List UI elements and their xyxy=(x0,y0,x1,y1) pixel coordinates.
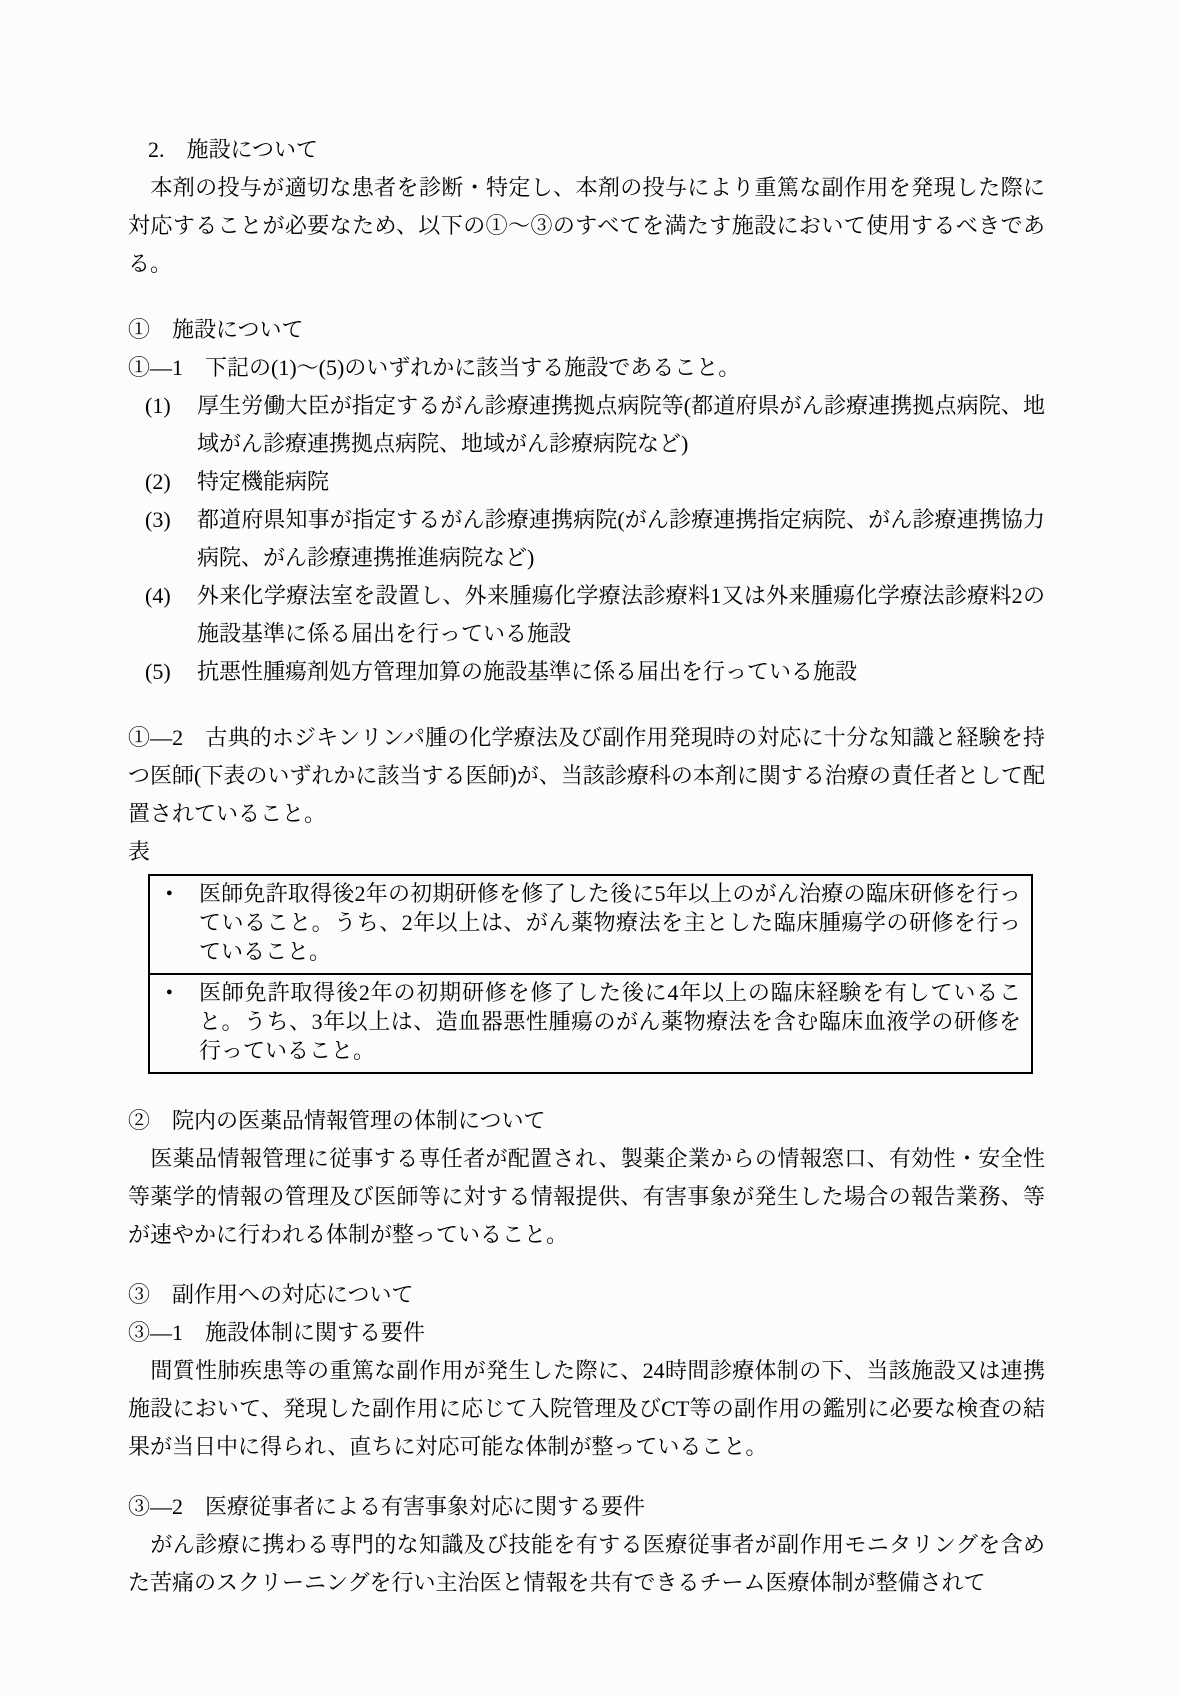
facility-marker: (2) xyxy=(128,463,197,501)
item3-2-heading: ③―2 医療従事者による有害事象対応に関する要件 xyxy=(128,1488,1045,1526)
facility-text: 外来化学療法室を設置し、外来腫瘍化学療法診療料1又は外来腫瘍化学療法診療料2の施… xyxy=(197,577,1045,653)
section2-heading: 2. 施設について xyxy=(128,131,1045,169)
facility-text: 厚生労働大臣が指定するがん診療連携拠点病院等(都道府県がん診療連携拠点病院、地域… xyxy=(197,387,1045,463)
facility-item-5: (5) 抗悪性腫瘍剤処方管理加算の施設基準に係る届出を行っている施設 xyxy=(128,653,1045,691)
item1-1-heading: ①―1 下記の(1)～(5)のいずれかに該当する施設であること。 xyxy=(128,349,1045,387)
bullet-icon: ● xyxy=(150,978,199,1007)
item3-heading: ③ 副作用への対応について xyxy=(128,1276,1045,1314)
item2-paragraph: 医薬品情報管理に従事する専任者が配置され、製薬企業からの情報窓口、有効性・安全性… xyxy=(128,1140,1045,1254)
section2-intro: 本剤の投与が適切な患者を診断・特定し、本剤の投与により重篤な副作用を発現した際に… xyxy=(128,169,1045,283)
facility-marker: (3) xyxy=(128,501,197,539)
bullet-icon: ● xyxy=(150,879,199,908)
document-page: 2. 施設について 本剤の投与が適切な患者を診断・特定し、本剤の投与により重篤な… xyxy=(0,0,1181,1695)
facility-item-3: (3) 都道府県知事が指定するがん診療連携病院(がん診療連携指定病院、がん診療連… xyxy=(128,501,1045,577)
item3-1-heading: ③―1 施設体制に関する要件 xyxy=(128,1314,1045,1352)
table-label: 表 xyxy=(128,833,1045,871)
item1-heading: ① 施設について xyxy=(128,311,1045,349)
facility-item-2: (2) 特定機能病院 xyxy=(128,463,1045,501)
item2-heading: ② 院内の医薬品情報管理の体制について xyxy=(128,1102,1045,1140)
facility-marker: (4) xyxy=(128,577,197,615)
physician-requirements-table: ● 医師免許取得後2年の初期研修を修了した後に5年以上のがん治療の臨床研修を行っ… xyxy=(148,874,1033,1074)
facility-text: 特定機能病院 xyxy=(197,463,1045,501)
item3-1-paragraph: 間質性肺疾患等の重篤な副作用が発生した際に、24時間診療体制の下、当該施設又は連… xyxy=(128,1352,1045,1466)
requirement-text: 医師免許取得後2年の初期研修を修了した後に4年以上の臨床経験を有していること。う… xyxy=(199,978,1031,1065)
facility-item-4: (4) 外来化学療法室を設置し、外来腫瘍化学療法診療料1又は外来腫瘍化学療法診療… xyxy=(128,577,1045,653)
table-row: ● 医師免許取得後2年の初期研修を修了した後に5年以上のがん治療の臨床研修を行っ… xyxy=(150,876,1031,973)
requirement-text: 医師免許取得後2年の初期研修を修了した後に5年以上のがん治療の臨床研修を行ってい… xyxy=(199,879,1031,966)
facility-text: 都道府県知事が指定するがん診療連携病院(がん診療連携指定病院、がん診療連携協力病… xyxy=(197,501,1045,577)
facility-list: (1) 厚生労働大臣が指定するがん診療連携拠点病院等(都道府県がん診療連携拠点病… xyxy=(128,387,1045,691)
facility-marker: (5) xyxy=(128,653,197,691)
facility-marker: (1) xyxy=(128,387,197,425)
table-row: ● 医師免許取得後2年の初期研修を修了した後に4年以上の臨床経験を有していること… xyxy=(150,973,1031,1072)
facility-text: 抗悪性腫瘍剤処方管理加算の施設基準に係る届出を行っている施設 xyxy=(197,653,1045,691)
item3-2-paragraph: がん診療に携わる専門的な知識及び技能を有する医療従事者が副作用モニタリングを含め… xyxy=(128,1526,1045,1602)
facility-item-1: (1) 厚生労働大臣が指定するがん診療連携拠点病院等(都道府県がん診療連携拠点病… xyxy=(128,387,1045,463)
item1-2-paragraph: ①―2 古典的ホジキンリンパ腫の化学療法及び副作用発現時の対応に十分な知識と経験… xyxy=(128,719,1045,833)
